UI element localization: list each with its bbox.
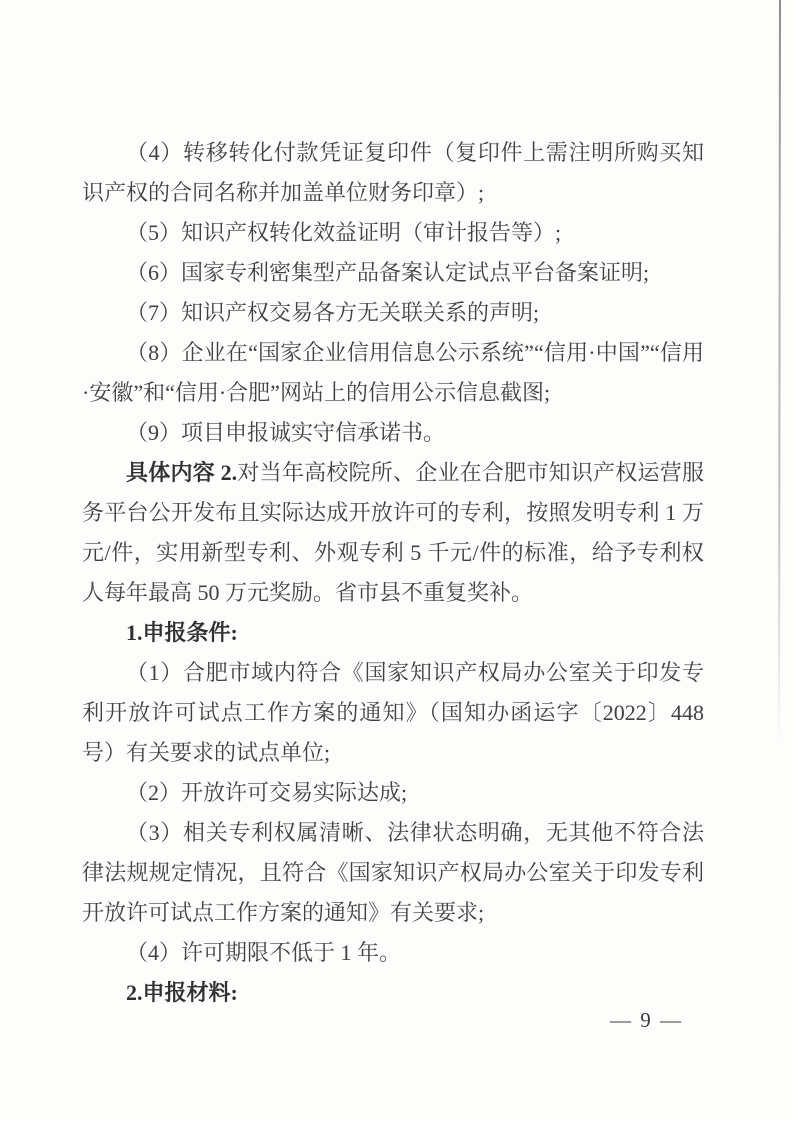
paragraph-run: （3）相关专利权属清晰、法律状态明确，无其他不符合法律法规规定情况，且符合《国家… — [82, 820, 704, 925]
page-number: — 9 — — [610, 1008, 683, 1032]
paragraph-run-bold: 2.申报材料: — [126, 980, 238, 1005]
paragraph-run: （6）国家专利密集型产品备案认定试点平台备案证明; — [126, 260, 649, 285]
paragraph-run: （1）合肥市域内符合《国家知识产权局办公室关于印发专利开放许可试点工作方案的通知… — [82, 660, 704, 765]
paragraph: （4）转移转化付款凭证复印件（复印件上需注明所购买知识产权的合同名称并加盖单位财… — [82, 133, 704, 213]
paragraph-run: （2）开放许可交易实际达成; — [126, 780, 407, 805]
paragraph: （2）开放许可交易实际达成; — [82, 773, 704, 813]
paragraph-run: （9）项目申报诚实守信承诺书。 — [126, 420, 445, 445]
document-body: （4）转移转化付款凭证复印件（复印件上需注明所购买知识产权的合同名称并加盖单位财… — [82, 133, 704, 1013]
document-page: （4）转移转化付款凭证复印件（复印件上需注明所购买知识产权的合同名称并加盖单位财… — [0, 0, 793, 1121]
paragraph-run: （4）许可期限不低于 1 年。 — [126, 940, 401, 965]
paragraph: （9）项目申报诚实守信承诺书。 — [82, 413, 704, 453]
page-footer: — 9 — — [610, 1006, 683, 1034]
paragraph: （5）知识产权转化效益证明（审计报告等）; — [82, 213, 704, 253]
paragraph-run-bold: 具体内容 2. — [126, 460, 237, 485]
paragraph: 具体内容 2.对当年高校院所、企业在合肥市知识产权运营服务平台公开发布且实际达成… — [82, 453, 704, 613]
paragraph: （4）许可期限不低于 1 年。 — [82, 933, 704, 973]
paragraph-run: （8）企业在“国家企业信用信息公示系统”“信用·中国”“信用·安徽”和“信用·合… — [82, 340, 704, 405]
paragraph: （8）企业在“国家企业信用信息公示系统”“信用·中国”“信用·安徽”和“信用·合… — [82, 333, 704, 413]
paragraph-run: （7）知识产权交易各方无关联关系的声明; — [126, 300, 539, 325]
paragraph: （6）国家专利密集型产品备案认定试点平台备案证明; — [82, 253, 704, 293]
paragraph-run-bold: 1.申报条件: — [126, 620, 238, 645]
paragraph: 1.申报条件: — [82, 613, 704, 653]
scan-edge-artifact — [778, 0, 781, 745]
paragraph-run: （4）转移转化付款凭证复印件（复印件上需注明所购买知识产权的合同名称并加盖单位财… — [82, 140, 704, 205]
paragraph: （1）合肥市域内符合《国家知识产权局办公室关于印发专利开放许可试点工作方案的通知… — [82, 653, 704, 773]
paragraph-run: （5）知识产权转化效益证明（审计报告等）; — [126, 220, 561, 245]
paragraph: （7）知识产权交易各方无关联关系的声明; — [82, 293, 704, 333]
paragraph: （3）相关专利权属清晰、法律状态明确，无其他不符合法律法规规定情况，且符合《国家… — [82, 813, 704, 933]
